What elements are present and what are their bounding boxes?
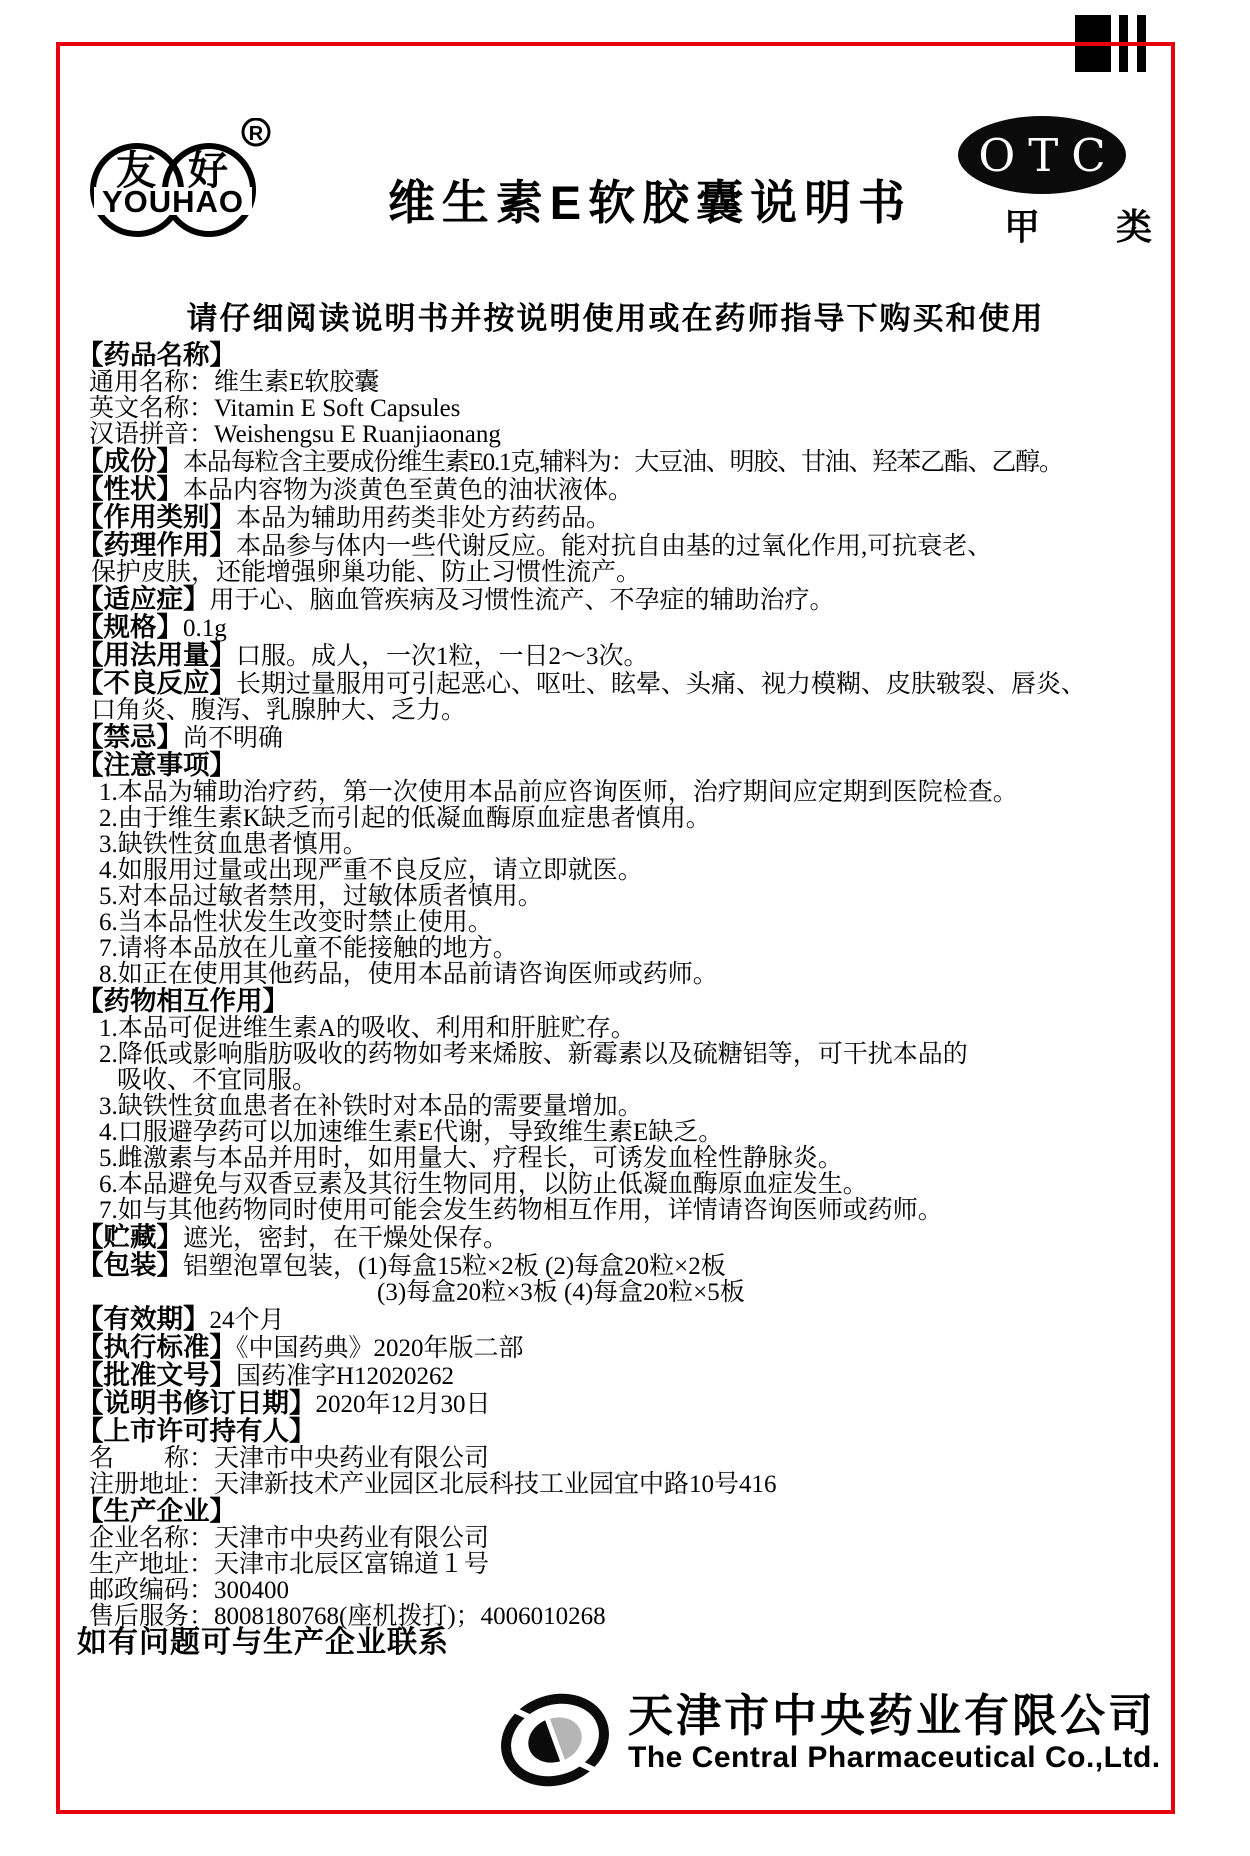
section-label: 【药品名称】 [77, 340, 236, 370]
precaution-item: 2.由于维生素K缺乏而引起的低凝血酶原血症患者慎用。 [77, 806, 1155, 832]
section-validity: 【有效期】24个月 [77, 1306, 1155, 1334]
interaction-item: 3.缺铁性贫血患者在补铁时对本品的需要量增加。 [77, 1094, 1155, 1120]
page-title: 维生素E软胶囊说明书 [295, 166, 1005, 233]
section-label: 【禁忌】 [77, 722, 183, 752]
section-label: 【注意事项】 [77, 750, 236, 780]
manufacturer-postcode-line: 邮政编码：300400 [77, 1578, 1155, 1604]
precaution-item: 5.对本品过敏者禁用，过敏体质者慎用。 [77, 884, 1155, 910]
interaction-item: 5.雌激素与本品并用时，如用量大、疗程长，可诱发血栓性静脉炎。 [77, 1146, 1155, 1172]
section-label: 【不良反应】 [77, 668, 236, 698]
contact-note: 如有问题可与生产企业联系 [77, 1630, 1155, 1656]
section-specification: 【规格】0.1g [77, 614, 1155, 642]
section-text: 本品每粒含主要成份维生素E0.1克,辅料为：大豆油、明胶、甘油、羟苯乙酯、乙醇。 [183, 449, 1063, 476]
section-drug-name-header: 【药品名称】 [77, 342, 1155, 370]
section-precautions-header: 【注意事项】 [77, 752, 1155, 780]
section-text: 用于心、脑血管疾病及习惯性流产、不孕症的辅助治疗。 [210, 587, 835, 614]
section-label: 【成份】 [77, 446, 183, 476]
section-category: 【作用类别】本品为辅助用药类非处方药药品。 [77, 504, 1155, 532]
section-text: 24个月 [210, 1307, 285, 1334]
section-label: 【性状】 [77, 474, 183, 504]
leaflet-body: 【药品名称】 通用名称：维生素E软胶囊 英文名称：Vitamin E Soft … [77, 342, 1155, 1656]
section-text: 铝塑泡罩包装，(1)每盒15粒×2板 (2)每盒20粒×2板 [183, 1253, 726, 1280]
section-text: 0.1g [183, 615, 227, 642]
usage-notice: 请仔细阅读说明书并按说明使用或在药师指导下购买和使用 [60, 293, 1171, 338]
section-indications: 【适应症】用于心、脑血管疾病及习惯性流产、不孕症的辅助治疗。 [77, 586, 1155, 614]
manufacturer-address-line: 生产地址：天津市北辰区富锦道１号 [77, 1552, 1155, 1578]
red-border-frame: 友好 YOUHAO R OTC 维生素E软胶囊说明书 甲 类 请仔细阅读说明书并… [56, 42, 1175, 1814]
section-contraindication: 【禁忌】尚不明确 [77, 724, 1155, 752]
section-label: 【批准文号】 [77, 1360, 236, 1390]
interaction-item: 4.口服避孕药可以加速维生素E代谢，导致维生素E缺乏。 [77, 1120, 1155, 1146]
section-revision: 【说明书修订日期】2020年12月30日 [77, 1390, 1155, 1418]
manufacturer-name-line: 企业名称：天津市中央药业有限公司 [77, 1526, 1155, 1552]
section-composition: 【成份】本品每粒含主要成份维生素E0.1克,辅料为：大豆油、明胶、甘油、羟苯乙酯… [77, 448, 1155, 476]
precaution-item: 6.当本品性状发生改变时禁止使用。 [77, 910, 1155, 936]
company-brand: 天津市中央药业有限公司 The Central Pharmaceutical C… [498, 1692, 1161, 1792]
section-label: 【说明书修订日期】 [77, 1388, 316, 1418]
section-label: 【规格】 [77, 612, 183, 642]
section-label: 【包装】 [77, 1250, 183, 1280]
section-packaging: 【包装】铝塑泡罩包装，(1)每盒15粒×2板 (2)每盒20粒×2板 [77, 1252, 1155, 1280]
section-text: 尚不明确 [183, 725, 283, 752]
registered-mark-letter: R [249, 123, 264, 145]
section-text: 本品参与体内一些代谢反应。能对抗自由基的过氧化作用,可抗衰老、 [236, 533, 992, 560]
section-pharmacology: 【药理作用】本品参与体内一些代谢反应。能对抗自由基的过氧化作用,可抗衰老、 [77, 532, 1155, 560]
section-label: 【有效期】 [77, 1304, 210, 1334]
section-text: 遮光，密封，在干燥处保存。 [183, 1225, 508, 1252]
section-label: 【上市许可持有人】 [77, 1416, 316, 1446]
section-label: 【药理作用】 [77, 530, 236, 560]
section-text: 长期过量服用可引起恶心、呕吐、眩晕、头痛、视力模糊、皮肤皲裂、唇炎、 [236, 671, 1086, 698]
precaution-item: 1.本品为辅助治疗药，第一次使用本品前应咨询医师，治疗期间应定期到医院检查。 [77, 780, 1155, 806]
precaution-item: 7.请将本品放在儿童不能接触的地方。 [77, 936, 1155, 962]
company-name-cn: 天津市中央药业有限公司 [628, 1692, 1161, 1741]
section-packaging-cont: (3)每盒20粒×3板 (4)每盒20粒×5板 [77, 1280, 1155, 1306]
company-names: 天津市中央药业有限公司 The Central Pharmaceutical C… [628, 1692, 1161, 1775]
section-text: 本品内容物为淡黄色至黄色的油状液体。 [183, 477, 633, 504]
holder-address-line: 注册地址：天津新技术产业园区北辰科技工业园宜中路10号416 [77, 1472, 1155, 1498]
section-label: 【生产企业】 [77, 1496, 236, 1526]
interaction-item: 7.如与其他药物同时使用可能会发生药物相互作用，详情请咨询医师或药师。 [77, 1198, 1155, 1224]
leaflet-page: 友好 YOUHAO R OTC 维生素E软胶囊说明书 甲 类 请仔细阅读说明书并… [0, 0, 1250, 1856]
generic-name-line: 通用名称：维生素E软胶囊 [77, 370, 1155, 396]
section-standard: 【执行标准】《中国药典》2020年版二部 [77, 1334, 1155, 1362]
section-properties: 【性状】本品内容物为淡黄色至黄色的油状液体。 [77, 476, 1155, 504]
section-text: 2020年12月30日 [316, 1391, 491, 1418]
section-storage: 【贮藏】遮光，密封，在干燥处保存。 [77, 1224, 1155, 1252]
interaction-item: 2.降低或影响脂肪吸收的药物如考来烯胺、新霉素以及硫糖铝等，可干扰本品的 [77, 1042, 1155, 1068]
section-label: 【执行标准】 [77, 1332, 236, 1362]
precaution-item: 8.如正在使用其他药品，使用本品前请咨询医师或药师。 [77, 962, 1155, 988]
interaction-item-cont: 吸收、不宜同服。 [77, 1068, 1155, 1094]
precaution-item: 3.缺铁性贫血患者慎用。 [77, 832, 1155, 858]
interaction-item: 1.本品可促进维生素A的吸收、利用和肝脏贮存。 [77, 1016, 1155, 1042]
section-interactions-header: 【药物相互作用】 [77, 988, 1155, 1016]
section-approval: 【批准文号】国药准字H12020262 [77, 1362, 1155, 1390]
logo-en-text: YOUHAO [102, 184, 244, 219]
english-name-line: 英文名称：Vitamin E Soft Capsules [77, 396, 1155, 422]
section-adverse: 【不良反应】长期过量服用可引起恶心、呕吐、眩晕、头痛、视力模糊、皮肤皲裂、唇炎、 [77, 670, 1155, 698]
section-manufacturer-header: 【生产企业】 [77, 1498, 1155, 1526]
section-holder-header: 【上市许可持有人】 [77, 1418, 1155, 1446]
pinyin-name-line: 汉语拼音：Weishengsu E Ruanjiaonang [77, 422, 1155, 448]
section-text: 本品为辅助用药类非处方药药品。 [236, 505, 611, 532]
central-pharma-logo [498, 1692, 614, 1792]
section-adverse-cont: 口角炎、腹泻、乳腺肿大、乏力。 [77, 698, 1155, 724]
otc-class-label: 甲 类 [1004, 199, 1172, 250]
section-label: 【药物相互作用】 [77, 986, 289, 1016]
section-text: 国药准字H12020262 [236, 1363, 454, 1390]
section-pharmacology-cont: 保护皮肤，还能增强卵巢功能、防止习惯性流产。 [77, 560, 1155, 586]
company-name-en: The Central Pharmaceutical Co.,Ltd. [628, 1741, 1161, 1775]
section-text: 口服。成人，一次1粒，一日2～3次。 [236, 643, 649, 670]
holder-name-line: 名 称：天津市中央药业有限公司 [77, 1446, 1155, 1472]
section-text: 《中国药典》2020年版二部 [236, 1335, 524, 1362]
interaction-item: 6.本品避免与双香豆素及其衍生物同用，以防止低凝血酶原血症发生。 [77, 1172, 1155, 1198]
section-label: 【用法用量】 [77, 640, 236, 670]
section-dosage: 【用法用量】口服。成人，一次1粒，一日2～3次。 [77, 642, 1155, 670]
section-label: 【适应症】 [77, 584, 210, 614]
section-label: 【作用类别】 [77, 502, 236, 532]
section-label: 【贮藏】 [77, 1222, 183, 1252]
precaution-item: 4.如服用过量或出现严重不良反应，请立即就医。 [77, 858, 1155, 884]
youhao-logo: 友好 YOUHAO R [88, 118, 278, 248]
